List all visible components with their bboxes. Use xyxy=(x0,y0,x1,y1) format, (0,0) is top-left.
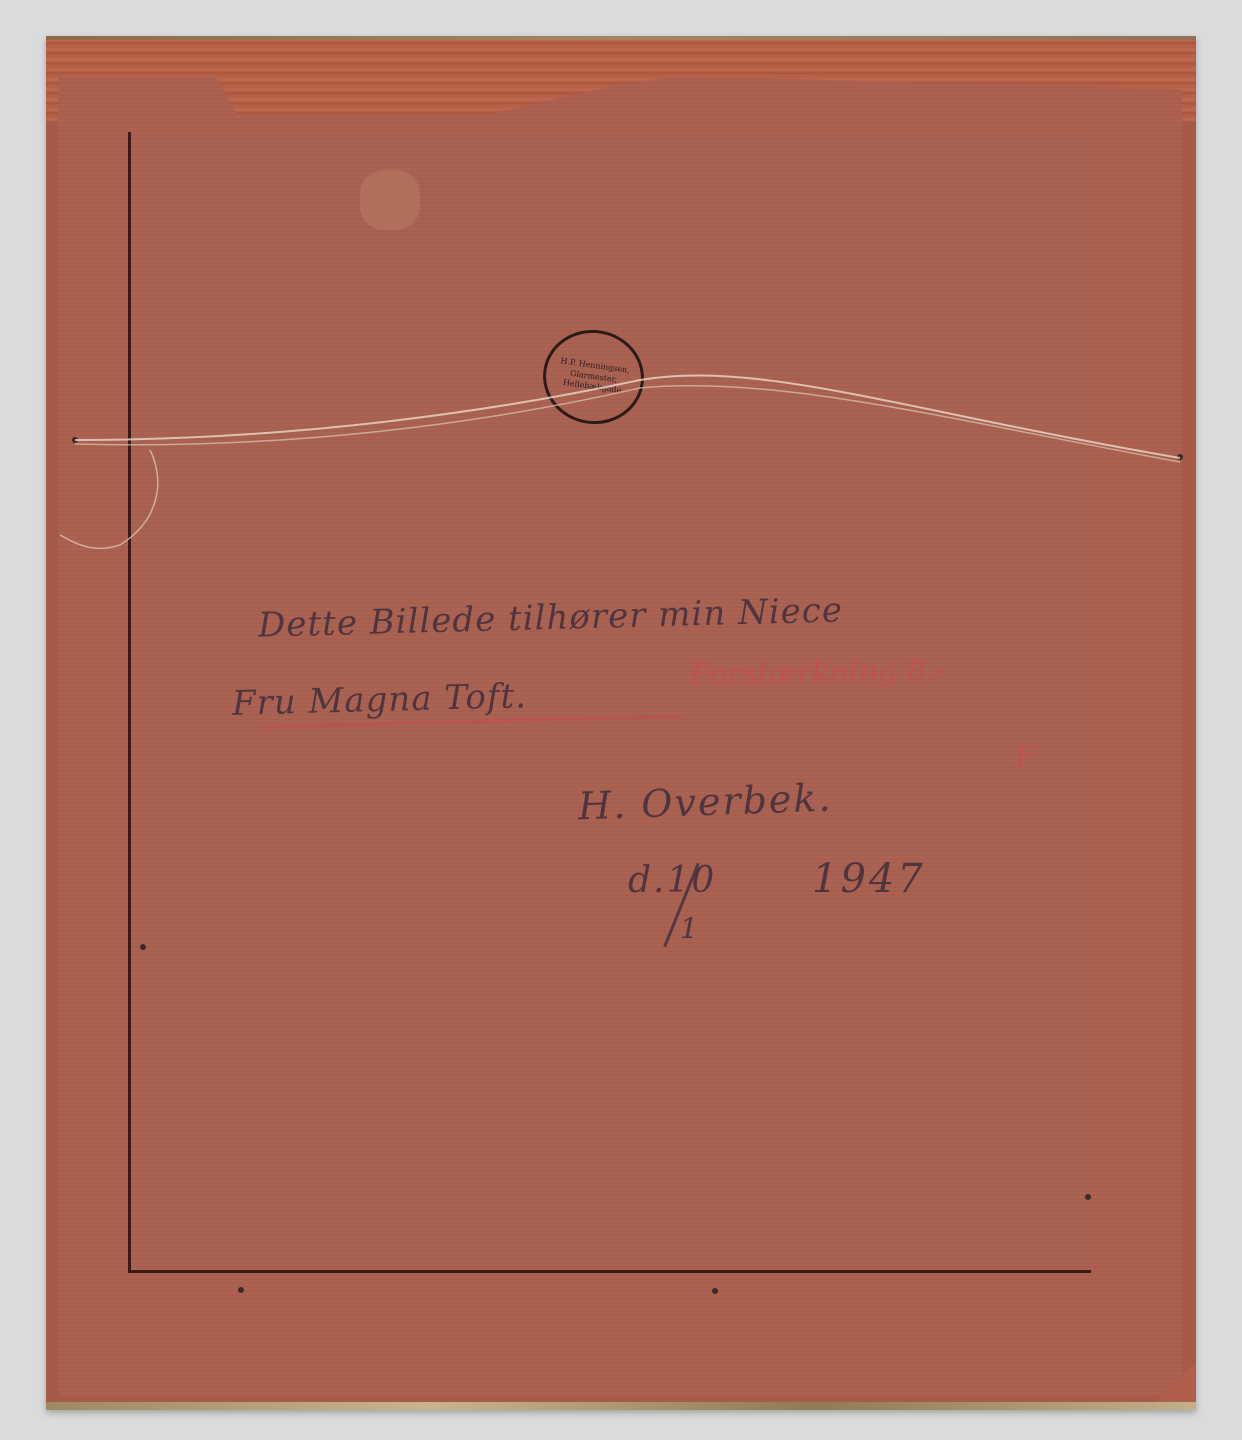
frame-gilded-edge xyxy=(46,1402,1196,1410)
nail xyxy=(140,944,146,950)
torn-paper-patch xyxy=(360,170,420,230)
signature: H. Overbek. xyxy=(577,776,833,829)
frame-top-edge xyxy=(46,36,1196,40)
nail xyxy=(238,1287,244,1293)
date-year: 1947 xyxy=(812,856,926,902)
nail-right xyxy=(1177,454,1183,460)
frame-corner xyxy=(1156,1362,1196,1402)
nail-left xyxy=(72,437,78,443)
nail xyxy=(712,1288,718,1294)
picture-frame-back xyxy=(46,36,1196,1410)
red-pencil-note: Forstærkning 8.- xyxy=(690,653,946,692)
inscription-line-2: Fru Magna Toft. xyxy=(232,676,528,724)
date-day: d.10 xyxy=(628,860,716,901)
date-month: 1 xyxy=(680,912,698,945)
red-pencil-mark: F xyxy=(1015,740,1034,773)
nail xyxy=(1085,1194,1091,1200)
